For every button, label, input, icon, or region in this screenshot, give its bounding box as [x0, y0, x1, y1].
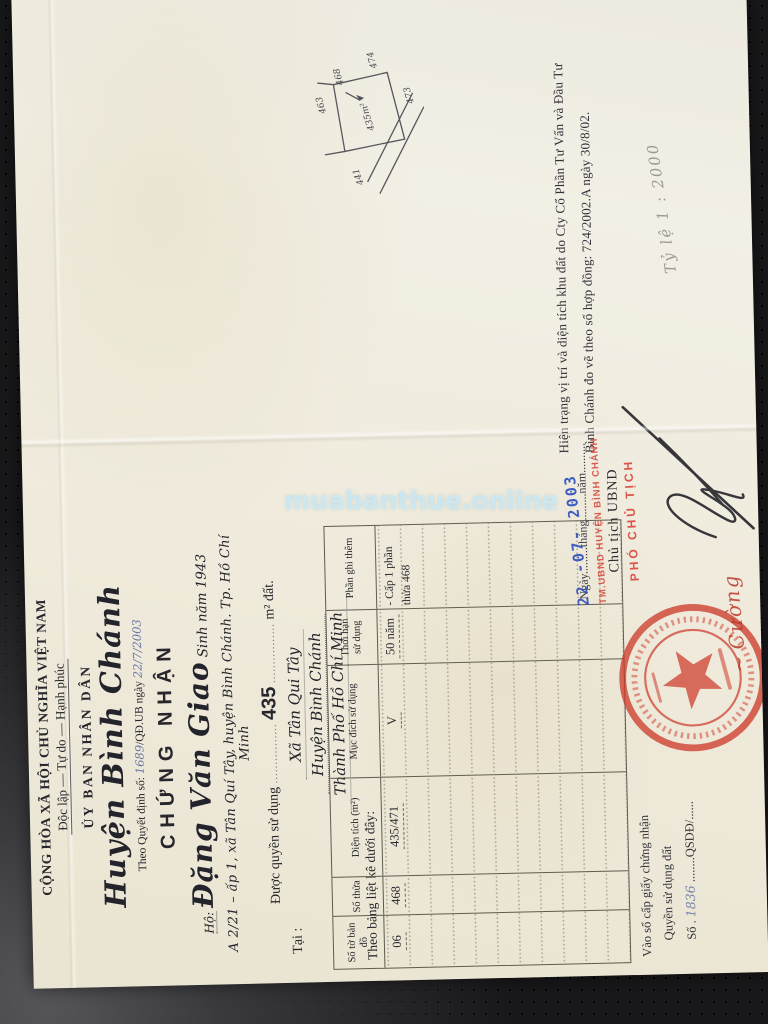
column-header: Diện tích (m²): [330, 778, 383, 877]
cell-value: V: [385, 713, 402, 728]
register-number-prefix: Số .: [684, 920, 698, 940]
sketch-inner-label: 435m²: [359, 101, 378, 133]
seal-star: [655, 642, 725, 715]
decision-number: 1689: [132, 745, 147, 775]
area-value: 435: [258, 686, 281, 720]
signature-flourish: ~: [725, 648, 751, 673]
grant-prefix: Được quyền sử dụng: [266, 787, 284, 904]
holder-address: A 2/21 – ấp 1, xã Tân Quí Tây, huyện Bìn…: [217, 517, 257, 970]
column-header: Phần ghi thêm: [324, 526, 377, 610]
cadastral-sketch: 441 463 468 474 473 435m²: [311, 45, 426, 198]
holder-name: Đặng Văn Giao: [181, 661, 220, 908]
cell-value: 06: [390, 932, 407, 951]
location-line: Xã Tân Qui Tây: [284, 629, 307, 780]
table-cell: 468: [383, 871, 629, 915]
cell-value: - Cấp 1 phần thửa 468: [380, 525, 416, 609]
table-cell: 06: [384, 910, 630, 968]
area-unit: m² đất.: [262, 580, 278, 620]
signature-ink: [617, 399, 766, 567]
sketch-label: 474: [366, 50, 381, 70]
register-number: 1836: [682, 885, 698, 917]
holder-line: Hộ: Đặng Văn Giao Sinh năm 1943: [178, 518, 221, 971]
cell-value: 50 năm: [382, 615, 400, 659]
register-line3: Số . 1836 ........QSDĐ/......: [676, 746, 704, 956]
certify-title: CHỨNG NHẬN: [150, 518, 183, 970]
holder-label: Hộ:: [202, 912, 217, 934]
cell-value: 435/471: [387, 803, 405, 850]
decision-prefix: Theo Quyết định số:: [135, 777, 149, 871]
holder-birth: Sinh năm 1943: [193, 554, 211, 658]
table-column: Số thửa 468: [332, 870, 629, 916]
sketch-label: 441: [351, 167, 366, 187]
register-number-suffix: ........QSDĐ/......: [681, 801, 697, 883]
photo-scene: CỘNG HÒA XÃ HỘI CHỦ NGHĨA VIỆT NAM Độc l…: [0, 0, 768, 1024]
decision-date: 22/7/2003: [129, 619, 144, 678]
registration-block: Vào sổ cấp giấy chứng nhận Quyền sử dụng…: [632, 746, 703, 957]
table-cell: 435/471: [381, 772, 628, 876]
table-cell: V: [379, 659, 626, 777]
dot-leader: ................: [265, 623, 278, 683]
column-header: Số thửa: [332, 877, 384, 916]
cell-value: 468: [389, 883, 407, 908]
sketch-label: 473: [402, 85, 417, 105]
table-column: Mục đích sử dụng V: [328, 658, 626, 778]
column-header: Thời hạn sử dụng: [326, 610, 378, 665]
column-header: Số tờ bản đồ: [333, 916, 385, 969]
survey-caption: Hiện trạng vị trí và diện tích khu đất d…: [544, 0, 603, 454]
watermark: muabanthue.online: [284, 486, 558, 515]
dot-leader: ................: [267, 723, 280, 783]
table-column: Diện tích (m²) 435/471: [330, 771, 628, 877]
decision-mid: /QĐ.UB ngày: [133, 681, 146, 745]
sketch-label: 463: [315, 95, 330, 115]
table-column: Số tờ bản đồ 06: [333, 909, 630, 969]
scale-note: Tỷ lệ 1 : 2000: [638, 104, 680, 275]
column-header: Mục đích sử dụng: [328, 665, 382, 778]
